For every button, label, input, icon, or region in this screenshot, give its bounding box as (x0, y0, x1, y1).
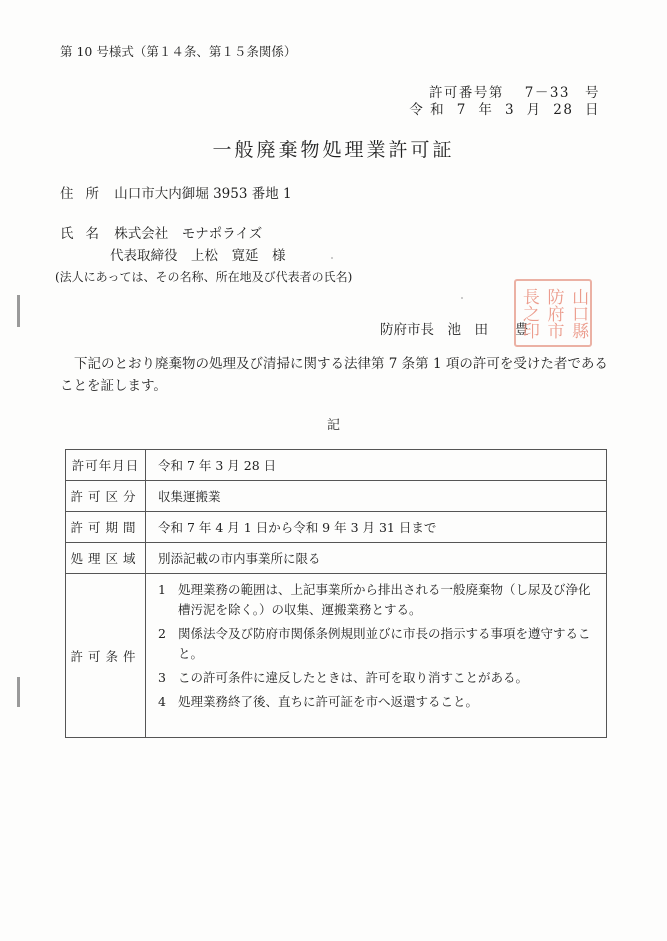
permit-number-block: 許可番号第 7－33 号 令 和 7 年 3 月 28 日 (409, 85, 600, 119)
seal-column: 防府市 (543, 288, 562, 339)
issuer-name: 防府市長 池 田 豊 (380, 318, 529, 338)
row-value: 令和 7 年 3 月 28 日 (146, 450, 607, 481)
seal-column: 長之印 (519, 288, 538, 339)
conditions-label: 許可条件 (66, 574, 146, 738)
address-value: 山口市大内御堀 3953 番地 1 (114, 182, 291, 202)
table-row: 許可期間 令和 7 年 4 月 1 日から令和 9 年 3 月 31 日まで (66, 512, 607, 543)
row-value: 別添記載の市内事業所に限る (146, 543, 607, 574)
condition-item: 2 関係法令及び防府市関係条例規則並びに市長の指示する事項を遵守すること。 (158, 624, 598, 664)
scan-speck (461, 297, 463, 299)
condition-number: 4 (158, 692, 178, 712)
condition-text: 処理業務終了後、直ちに許可証を市へ返還すること。 (178, 692, 598, 712)
address-label: 住所 (60, 182, 110, 202)
seal-column: 山口縣 (568, 288, 587, 339)
table-row: 処理区域 別添記載の市内事業所に限る (66, 543, 607, 574)
scan-speck (331, 257, 333, 259)
condition-text: 処理業務の範囲は、上記事業所から排出される一般廃棄物（し尿及び浄化槽汚泥を除く。… (178, 580, 598, 620)
condition-number: 3 (158, 668, 178, 688)
row-label: 許可年月日 (66, 450, 146, 481)
certification-text: 下記のとおり廃棄物の処理及び清掃に関する法律第 7 条第 1 項の許可を受けた者… (60, 353, 610, 397)
name-field: 氏名 株式会社 モナポライズ (60, 222, 262, 242)
row-label: 処理区域 (66, 543, 146, 574)
representative-name: 代表取締役 上松 寛延 様 (110, 244, 286, 264)
row-value: 収集運搬業 (146, 481, 607, 512)
name-label: 氏名 (60, 222, 110, 242)
official-seal-icon: 山口縣 防府市 長之印 (514, 279, 592, 347)
table-row: 許可区分 収集運搬業 (66, 481, 607, 512)
permit-number: 許可番号第 7－33 号 (409, 85, 600, 102)
scan-binding-mark (17, 295, 20, 327)
condition-item: 1 処理業務の範囲は、上記事業所から排出される一般廃棄物（し尿及び浄化槽汚泥を除… (158, 580, 598, 620)
conditions-row: 許可条件 1 処理業務の範囲は、上記事業所から排出される一般廃棄物（し尿及び浄化… (66, 574, 607, 738)
issue-date: 令 和 7 年 3 月 28 日 (409, 102, 600, 119)
conditions-list: 1 処理業務の範囲は、上記事業所から排出される一般廃棄物（し尿及び浄化槽汚泥を除… (146, 574, 607, 738)
row-label: 許可期間 (66, 512, 146, 543)
scan-binding-mark (17, 677, 20, 707)
company-name: 株式会社 モナポライズ (114, 222, 262, 242)
row-label: 許可区分 (66, 481, 146, 512)
condition-number: 1 (158, 580, 178, 620)
ki-heading: 記 (0, 414, 667, 433)
condition-text: 関係法令及び防府市関係条例規則並びに市長の指示する事項を遵守すること。 (178, 624, 598, 664)
form-number: 第 10 号様式（第１４条、第１５条関係） (60, 42, 296, 60)
document-title: 一般廃棄物処理業許可証 (0, 135, 667, 162)
table-row: 許可年月日 令和 7 年 3 月 28 日 (66, 450, 607, 481)
row-value: 令和 7 年 4 月 1 日から令和 9 年 3 月 31 日まで (146, 512, 607, 543)
condition-number: 2 (158, 624, 178, 664)
condition-item: 3 この許可条件に違反したときは、許可を取り消すことがある。 (158, 668, 598, 688)
condition-item: 4 処理業務終了後、直ちに許可証を市へ返還すること。 (158, 692, 598, 712)
address-field: 住所 山口市大内御堀 3953 番地 1 (60, 182, 292, 202)
permit-details-table: 許可年月日 令和 7 年 3 月 28 日 許可区分 収集運搬業 許可期間 令和… (65, 449, 607, 738)
name-note: (法人にあっては、その名称、所在地及び代表者の氏名) (55, 268, 352, 285)
condition-text: この許可条件に違反したときは、許可を取り消すことがある。 (178, 668, 598, 688)
